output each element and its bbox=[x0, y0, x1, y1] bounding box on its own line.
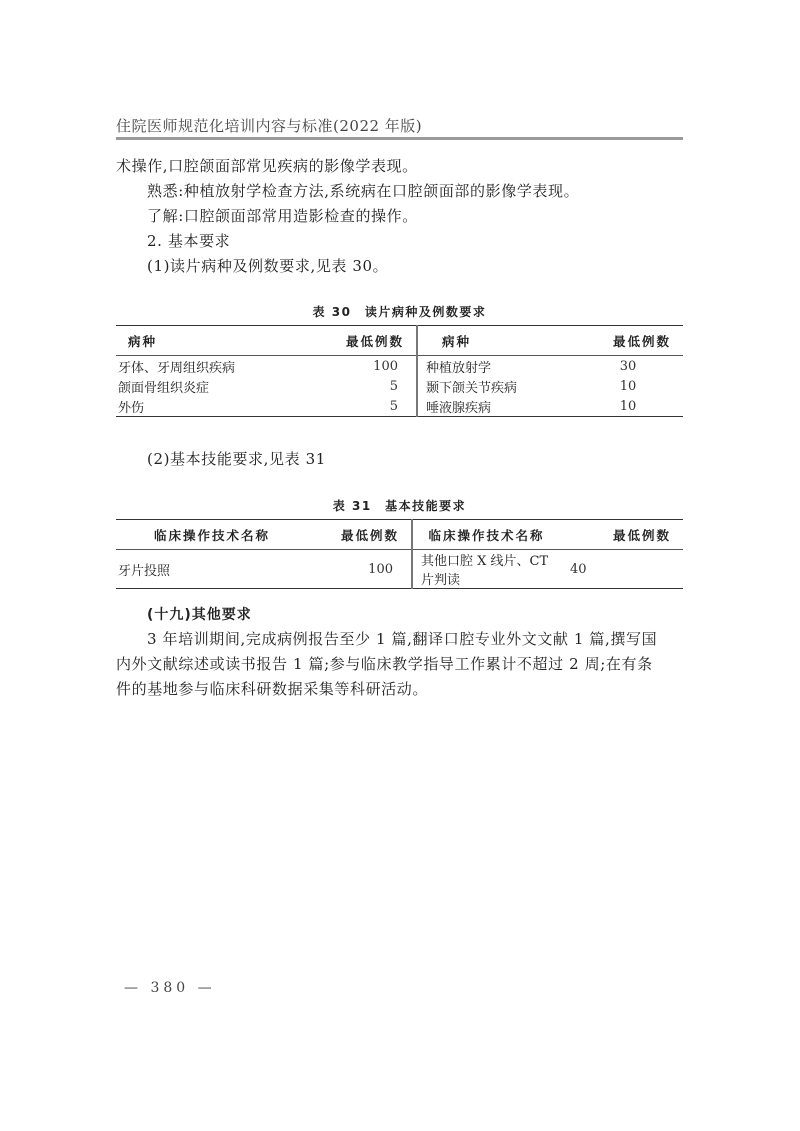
cell: 100 bbox=[308, 550, 412, 589]
column-header: 临床操作技术名称 bbox=[412, 520, 560, 550]
column-header: 最低例数 bbox=[308, 520, 412, 550]
column-header: 临床操作技术名称 bbox=[116, 520, 308, 550]
cell: 外伤 bbox=[116, 396, 308, 417]
section-paragraph-line: 内外文献综述或读书报告 1 篇;参与临床教学指导工作累计不超过 2 周;在有条 bbox=[116, 653, 653, 675]
page-number: — 380 — bbox=[124, 980, 216, 996]
table30-caption: 表 30 读片病种及例数要求 bbox=[116, 303, 683, 320]
section-paragraph-line: 件的基地参与临床科研数据采集等科研活动。 bbox=[116, 678, 428, 700]
cell: 100 bbox=[308, 356, 417, 377]
cell: 30 bbox=[573, 356, 683, 377]
cell: 40 bbox=[560, 550, 683, 589]
table30: 病种 最低例数 病种 最低例数 牙体、牙周组织疾病 100 种植放射学 30 颌… bbox=[116, 325, 683, 417]
table-row: 外伤 5 唾液腺疾病 10 bbox=[116, 396, 683, 417]
table-row: 牙体、牙周组织疾病 100 种植放射学 30 bbox=[116, 356, 683, 377]
table31: 临床操作技术名称 最低例数 临床操作技术名称 最低例数 牙片投照 100 其他口… bbox=[116, 519, 683, 589]
column-header: 最低例数 bbox=[573, 326, 683, 356]
understand-line: 了解:口腔颌面部常用造影检查的操作。 bbox=[147, 205, 418, 227]
column-header: 病种 bbox=[116, 326, 308, 356]
item-1: (1)读片病种及例数要求,见表 30。 bbox=[147, 255, 388, 277]
section-title: (十九)其他要求 bbox=[147, 604, 252, 624]
table31-caption: 表 31 基本技能要求 bbox=[116, 497, 683, 514]
cell: 牙体、牙周组织疾病 bbox=[116, 356, 308, 377]
cell: 种植放射学 bbox=[417, 356, 573, 377]
column-header: 病种 bbox=[417, 326, 573, 356]
column-header: 最低例数 bbox=[560, 520, 683, 550]
running-head: 住院医师规范化培训内容与标准(2022 年版) bbox=[116, 115, 422, 136]
cell: 牙片投照 bbox=[116, 550, 308, 589]
familiar-line: 熟悉:种植放射学检查方法,系统病在口腔颌面部的影像学表现。 bbox=[147, 180, 579, 202]
cell: 唾液腺疾病 bbox=[417, 396, 573, 417]
body-line: 术操作,口腔颌面部常见疾病的影像学表现。 bbox=[116, 155, 418, 177]
section-paragraph-line: 3 年培训期间,完成病例报告至少 1 篇,翻译口腔专业外文文献 1 篇,撰写国 bbox=[147, 628, 657, 650]
cell: 其他口腔 X 线片、CT 片判读 bbox=[412, 550, 560, 589]
header-rule bbox=[116, 137, 683, 140]
table-row: 颌面骨组织炎症 5 颞下颌关节疾病 10 bbox=[116, 376, 683, 396]
column-header: 最低例数 bbox=[308, 326, 417, 356]
cell: 10 bbox=[573, 396, 683, 417]
cell: 颞下颌关节疾病 bbox=[417, 376, 573, 396]
cell: 5 bbox=[308, 396, 417, 417]
subheading-basic-requirements: 2. 基本要求 bbox=[147, 230, 230, 252]
table-row: 牙片投照 100 其他口腔 X 线片、CT 片判读 40 bbox=[116, 550, 683, 589]
cell: 5 bbox=[308, 376, 417, 396]
cell: 10 bbox=[573, 376, 683, 396]
table-header-row: 临床操作技术名称 最低例数 临床操作技术名称 最低例数 bbox=[116, 520, 683, 550]
cell: 颌面骨组织炎症 bbox=[116, 376, 308, 396]
table-header-row: 病种 最低例数 病种 最低例数 bbox=[116, 326, 683, 356]
item-2: (2)基本技能要求,见表 31 bbox=[147, 448, 326, 470]
